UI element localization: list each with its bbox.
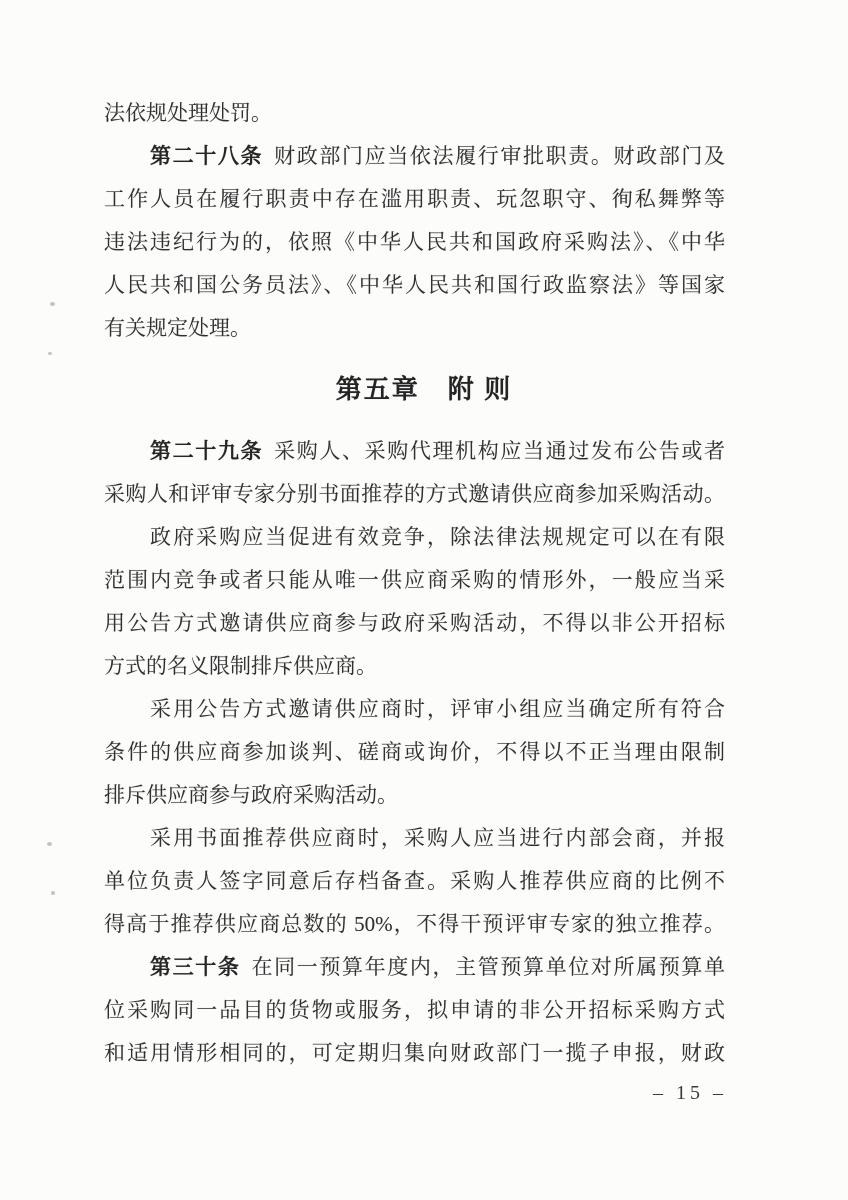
- scan-speck: [51, 891, 55, 895]
- text-line: 位采购同一品目的货物或服务，拟申请的非公开招标采购方式: [104, 989, 725, 1032]
- text-line: 第二十九条采购人、采购代理机构应当通过发布公告或者: [104, 430, 725, 473]
- text-line: 违法违纪行为的，依照《中华人民共和国政府采购法》、《中华: [104, 221, 725, 264]
- text-line: 有关规定处理。: [104, 307, 725, 350]
- article-number: 第二十八条: [150, 144, 263, 168]
- text-line: 采用书面推荐供应商时，采购人应当进行内部会商，并报: [104, 817, 725, 860]
- chapter-heading: 第五章 附 则: [0, 350, 848, 430]
- text-line: 工作人员在履行职责中存在滥用职责、玩忽职守、徇私舞弊等: [104, 178, 725, 221]
- text-line: 用公告方式邀请供应商参与政府采购活动，不得以非公开招标: [104, 602, 725, 645]
- text-line: 得高于推荐供应商总数的 50%，不得干预评审专家的独立推荐。: [104, 903, 725, 946]
- text-line: 政府采购应当促进有效竞争，除法律法规规定可以在有限: [104, 516, 725, 559]
- text-line: 第三十条在同一预算年度内，主管预算单位对所属预算单: [104, 946, 725, 989]
- paragraph-block-main: 第二十九条采购人、采购代理机构应当通过发布公告或者采购人和评审专家分别书面推荐的…: [104, 430, 725, 1075]
- text-line: 采用公告方式邀请供应商时，评审小组应当确定所有符合: [104, 688, 725, 731]
- page-number: – 15 –: [648, 1080, 732, 1106]
- scan-speck: [50, 302, 55, 306]
- text-line: 法依规处理处罚。: [104, 92, 725, 135]
- article-number: 第三十条: [150, 955, 241, 979]
- scan-speck: [47, 842, 52, 846]
- text-line: 人民共和国公务员法》、《中华人民共和国行政监察法》等国家: [104, 264, 725, 307]
- text-line: 单位负责人签字同意后存档备查。采购人推荐供应商的比例不: [104, 860, 725, 903]
- text-line: 采购人和评审专家分别书面推荐的方式邀请供应商参加采购活动。: [104, 473, 725, 516]
- paragraph-block-top: 法依规处理处罚。第二十八条财政部门应当依法履行审批职责。财政部门及工作人员在履行…: [104, 92, 725, 350]
- article-number: 第二十九条: [150, 439, 263, 463]
- text-line: 条件的供应商参加谈判、磋商或询价，不得以不正当理由限制: [104, 731, 725, 774]
- scan-speck: [48, 352, 52, 355]
- text-line: 和适用情形相同的，可定期归集向财政部门一揽子申报，财政: [104, 1032, 725, 1075]
- text-line: 第二十八条财政部门应当依法履行审批职责。财政部门及: [104, 135, 725, 178]
- text-line: 排斥供应商参与政府采购活动。: [104, 774, 725, 817]
- text-line: 范围内竞争或者只能从唯一供应商采购的情形外，一般应当采: [104, 559, 725, 602]
- scanned-document-page: 法依规处理处罚。第二十八条财政部门应当依法履行审批职责。财政部门及工作人员在履行…: [0, 0, 848, 1200]
- text-line: 方式的名义限制排斥供应商。: [104, 645, 725, 688]
